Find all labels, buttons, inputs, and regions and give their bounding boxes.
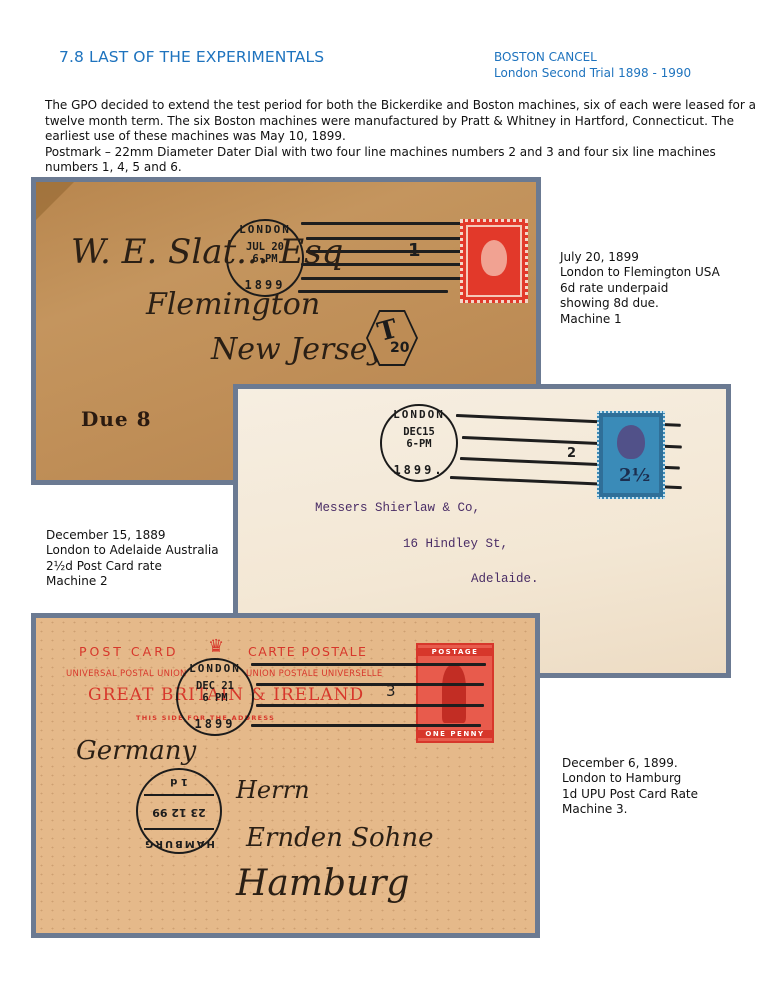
blue-twopence-halfpenny-icon: 2½ <box>597 411 665 499</box>
intro-text: The GPO decided to extend the test perio… <box>45 98 765 176</box>
address-line: 16 Hindley St, <box>403 537 508 551</box>
intro-paragraph-1: The GPO decided to extend the test perio… <box>45 98 765 145</box>
subtitle-line-2: London Second Trial 1898 - 1990 <box>494 65 691 81</box>
postcard-header-left: POST CARD <box>79 644 179 659</box>
union-text-right: UNION POSTALE UNIVERSELLE <box>246 669 383 679</box>
dater-dial-2: LONDON DEC156-PM 1899. <box>380 404 458 482</box>
caption-2: December 15, 1889 London to Adelaide Aus… <box>46 528 219 590</box>
envelope-flap <box>36 182 74 220</box>
cancel-bar <box>251 663 486 666</box>
address-line: Germany <box>76 736 196 766</box>
postcard-header-right: CARTE POSTALE <box>248 644 367 659</box>
cancel-bar <box>251 724 481 727</box>
machine-number: 1 <box>408 240 421 261</box>
address-line: Messers Shierlaw & Co, <box>315 501 480 515</box>
page-title: 7.8 LAST OF THE EXPERIMENTALS <box>59 48 324 66</box>
address-line: Ernden Sohne <box>246 823 434 853</box>
union-text-left: UNIVERSAL POSTAL UNION <box>66 669 187 679</box>
address-line: Adelaide. <box>471 572 539 586</box>
machine-number: 2 <box>567 446 576 461</box>
address-line: W. E. Slat... Esq <box>71 232 343 272</box>
cover-3-postcard: POST CARD CARTE POSTALE ♛ UNIVERSAL POST… <box>36 618 535 933</box>
caption-3: December 6, 1899. London to Hamburg 1d U… <box>562 756 698 818</box>
subtitle-line-1: BOSTON CANCEL <box>494 49 691 65</box>
red-halfpenny-jubilee-icon <box>460 219 528 303</box>
address-line: New Jersey <box>211 332 384 367</box>
address-line: Hamburg <box>236 863 409 904</box>
dater-dial-3: LONDON DEC 216 PM 1899 <box>176 658 254 736</box>
hamburg-arrival-postmark: HAMBURG 23 12 99 1 d <box>136 768 222 854</box>
cover-3-frame: POST CARD CARTE POSTALE ♛ UNIVERSAL POST… <box>31 613 540 938</box>
intro-paragraph-2: Postmark – 22mm Diameter Dater Dial with… <box>45 145 765 176</box>
royal-arms-icon: ♛ <box>208 636 224 657</box>
machine-number: 3 <box>386 682 396 700</box>
cancel-bar <box>298 290 448 293</box>
one-penny-indicia-icon: POSTAGE ONE PENNY <box>416 643 494 743</box>
caption-1: July 20, 1899 London to Flemington USA 6… <box>560 250 720 327</box>
cancel-bar <box>256 704 484 707</box>
page-subtitle: BOSTON CANCEL London Second Trial 1898 -… <box>494 49 691 81</box>
address-line: Flemington <box>146 287 320 322</box>
address-line: Herrn <box>236 776 310 804</box>
cancel-bar <box>256 683 484 686</box>
due-mark: Due 8 <box>81 407 152 431</box>
